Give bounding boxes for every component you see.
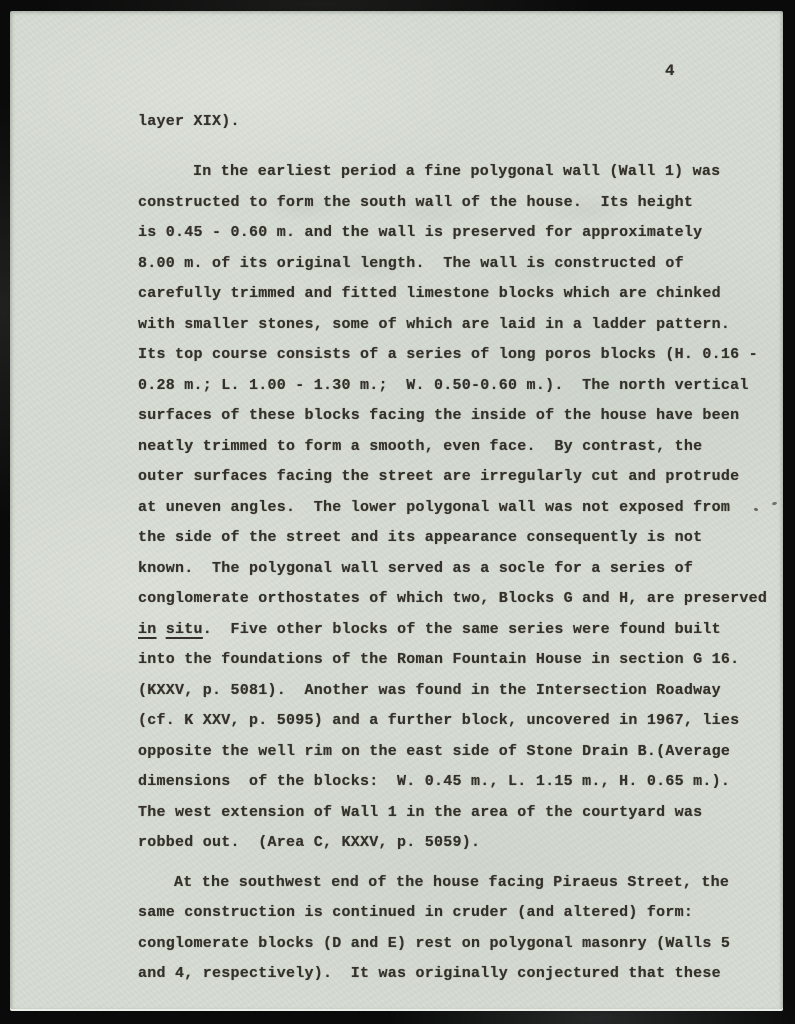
scanned-page: 4 layer XIX). In the earliest period a f…: [0, 0, 795, 1024]
text-line: is 0.45 - 0.60 m. and the wall is preser…: [138, 218, 778, 249]
text-line: (cf. K XXV, p. 5095) and a further block…: [138, 706, 778, 737]
text-line: surfaces of these blocks facing the insi…: [138, 401, 778, 432]
text-line: 0.28 m.; L. 1.00 - 1.30 m.; W. 0.50-0.60…: [138, 371, 778, 402]
text-line: into the foundations of the Roman Founta…: [138, 645, 778, 676]
text-line: conglomerate orthostates of which two, B…: [138, 584, 778, 615]
text-line: known. The polygonal wall served as a so…: [138, 554, 778, 585]
text-line: outer surfaces facing the street are irr…: [138, 462, 778, 493]
page-number: 4: [665, 62, 675, 80]
text-line: and 4, respectively). It was originally …: [138, 959, 778, 990]
paragraph: At the southwest end of the house facing…: [138, 868, 778, 990]
text-line: conglomerate blocks (D and E) rest on po…: [138, 929, 778, 960]
text-line: The west extension of Wall 1 in the area…: [138, 798, 778, 829]
text-line: neatly trimmed to form a smooth, even fa…: [138, 432, 778, 463]
text-segment: [157, 621, 166, 638]
text-line: same construction is continued in cruder…: [138, 898, 778, 929]
text-line: dimensions of the blocks: W. 0.45 m., L.…: [138, 767, 778, 798]
paper-sheet: 4 layer XIX). In the earliest period a f…: [10, 11, 783, 1011]
text-line: robbed out. (Area C, KXXV, p. 5059).: [138, 828, 778, 859]
text-line: carefully trimmed and fitted limestone b…: [138, 279, 778, 310]
text-line: at uneven angles. The lower polygonal wa…: [138, 493, 778, 524]
paragraph: In the earliest period a fine polygonal …: [138, 157, 778, 859]
text-line: constructed to form the south wall of th…: [138, 188, 778, 219]
carryover-line: layer XIX).: [138, 107, 240, 138]
text-line: (KXXV, p. 5081). Another was found in th…: [138, 676, 778, 707]
underlined-text: situ: [166, 621, 203, 638]
text-line: opposite the well rim on the east side o…: [138, 737, 778, 768]
text-line: Its top course consists of a series of l…: [138, 340, 778, 371]
text-line: In the earliest period a fine polygonal …: [138, 157, 778, 188]
text-line: At the southwest end of the house facing…: [138, 868, 778, 899]
text-line: with smaller stones, some of which are l…: [138, 310, 778, 341]
text-segment: . Five other blocks of the same series w…: [203, 621, 721, 638]
underlined-text: in: [138, 621, 157, 638]
text-line: the side of the street and its appearanc…: [138, 523, 778, 554]
text-line: 8.00 m. of its original length. The wall…: [138, 249, 778, 280]
document-body: In the earliest period a fine polygonal …: [138, 157, 778, 990]
text-line: in situ. Five other blocks of the same s…: [138, 615, 778, 646]
